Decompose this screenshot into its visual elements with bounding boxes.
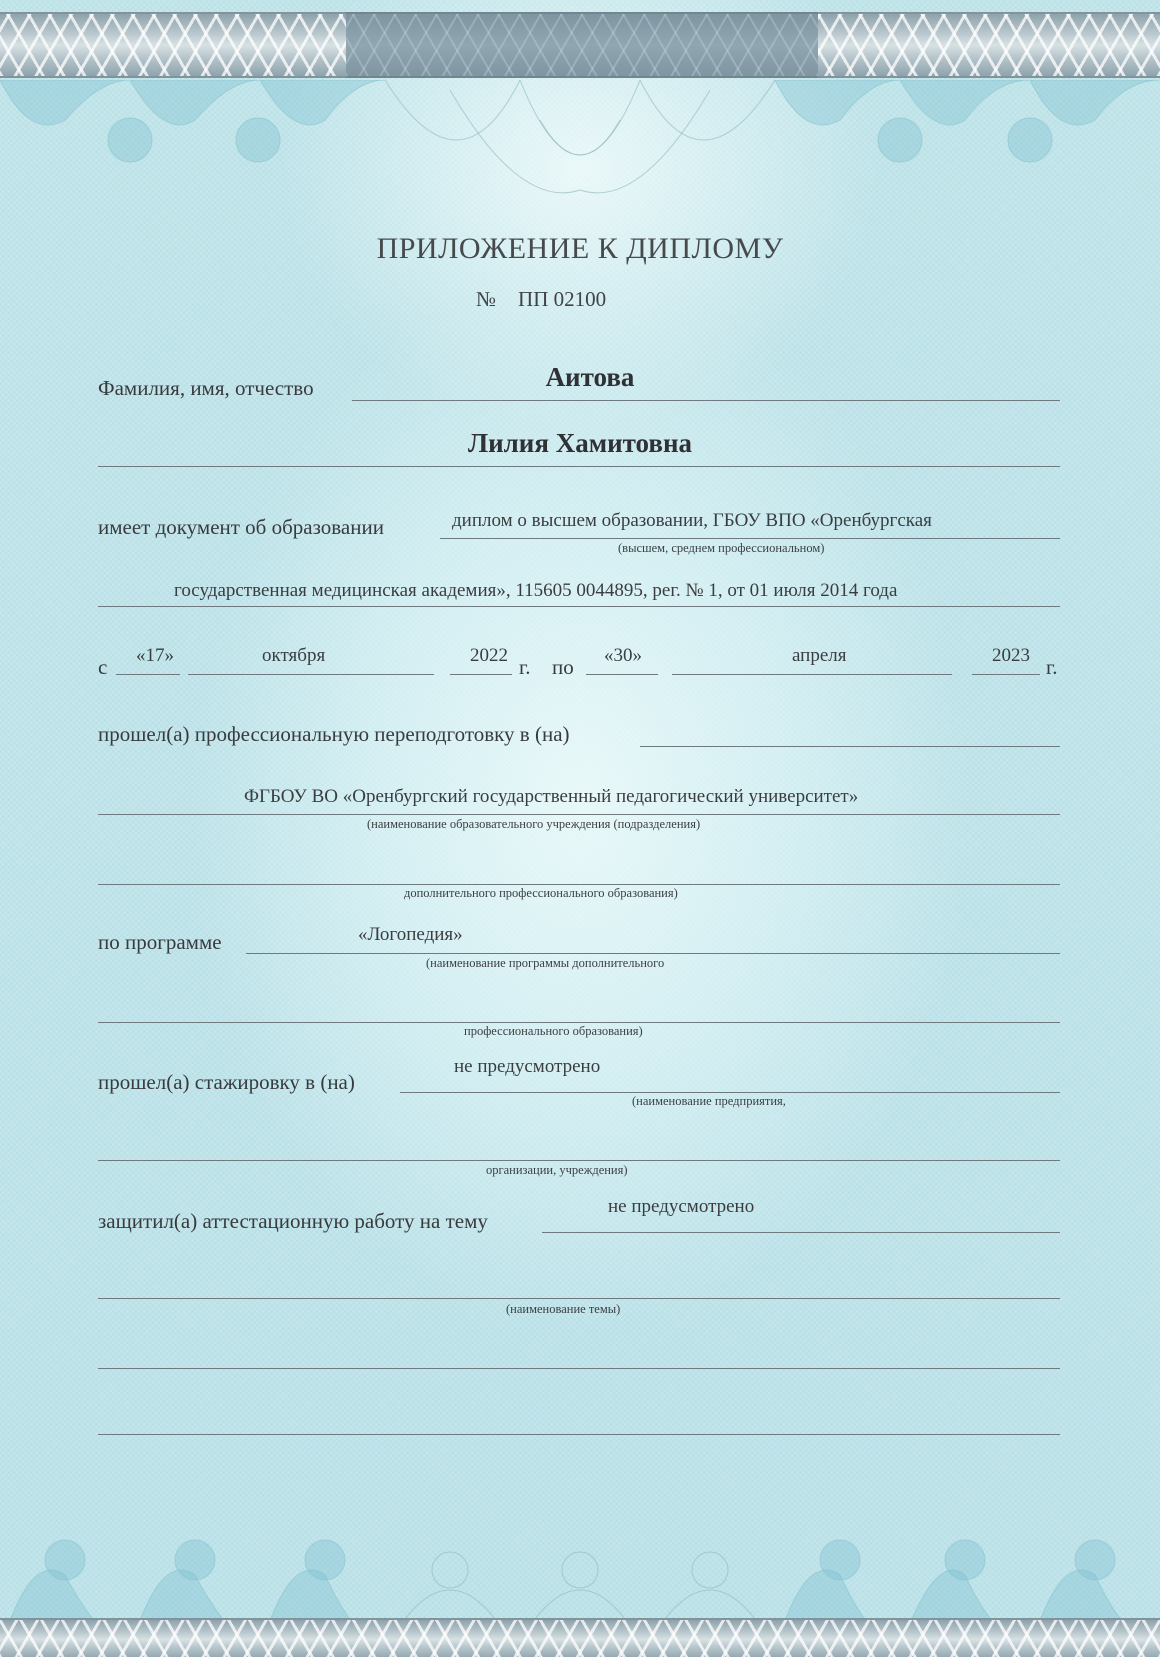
internship-underline1 <box>400 1092 1060 1093</box>
period-from-day-underline <box>116 674 180 675</box>
document-number: №ПП 02100 <box>476 287 606 312</box>
program-hint-line1: (наименование программы дополнительного <box>426 956 664 971</box>
thesis-underline3 <box>98 1368 1060 1369</box>
thesis-hint: (наименование темы) <box>506 1302 620 1317</box>
period-from-prefix: с <box>98 655 107 680</box>
internship-hint-line2: организации, учреждения) <box>486 1163 628 1178</box>
period-from-month-underline <box>188 674 434 675</box>
program-underline1 <box>246 953 1060 954</box>
thesis-value: не предусмотрено <box>608 1196 754 1218</box>
retraining-underline3 <box>98 884 1060 885</box>
period-from-year: 2022 <box>470 645 508 667</box>
retraining-institution: ФГБОУ ВО «Оренбургский государственный п… <box>244 786 858 808</box>
period-to-year: 2023 <box>992 645 1030 667</box>
thesis-underline2 <box>98 1298 1060 1299</box>
education-document-value-line2: государственная медицинская академия», 1… <box>174 580 897 602</box>
full-name-underline <box>352 400 1060 401</box>
education-document-underline2 <box>98 606 1060 607</box>
period-to-year-underline <box>972 674 1040 675</box>
internship-hint-line1: (наименование предприятия, <box>632 1094 786 1109</box>
education-document-label: имеет документ об образовании <box>98 515 384 540</box>
period-to-prefix: по <box>552 655 574 680</box>
period-to-year-suffix: г. <box>1046 655 1058 680</box>
period-to-day-underline <box>586 674 658 675</box>
top-arch-ornament <box>0 80 1160 200</box>
period-from-year-underline <box>450 674 512 675</box>
given-names-value: Лилия Хамитовна <box>0 428 1160 459</box>
thesis-label: защитил(а) аттестационную работу на тему <box>98 1209 488 1234</box>
program-hint-line2: профессионального образования) <box>464 1024 643 1039</box>
thesis-underline1 <box>542 1232 1060 1233</box>
program-label: по программе <box>98 930 222 955</box>
given-names-underline <box>98 466 1060 467</box>
bottom-ornamental-band <box>0 1618 1160 1657</box>
retraining-label: прошел(а) профессиональную переподготовк… <box>98 722 570 747</box>
program-underline2 <box>98 1022 1060 1023</box>
top-band-center-panel <box>346 12 818 78</box>
period-from-day: «17» <box>136 645 174 667</box>
period-to-day: «30» <box>604 645 642 667</box>
retraining-underline1 <box>640 746 1060 747</box>
thesis-underline4 <box>98 1434 1060 1435</box>
program-value: «Логопедия» <box>358 924 463 946</box>
period-from-year-suffix: г. <box>519 655 531 680</box>
internship-value: не предусмотрено <box>454 1056 600 1078</box>
document-title: ПРИЛОЖЕНИЕ К ДИПЛОМУ <box>0 232 1160 266</box>
period-to-month-underline <box>672 674 952 675</box>
internship-underline2 <box>98 1160 1060 1161</box>
education-document-value-line1: диплом о высшем образовании, ГБОУ ВПО «О… <box>452 510 932 532</box>
period-from-month: октября <box>262 645 325 667</box>
number-sign: № <box>476 287 496 311</box>
internship-label: прошел(а) стажировку в (на) <box>98 1070 355 1095</box>
retraining-hint-line1: (наименование образовательного учреждени… <box>367 817 700 832</box>
education-document-hint: (высшем, среднем профессиональном) <box>618 541 824 556</box>
retraining-hint-line2: дополнительного профессионального образо… <box>404 886 678 901</box>
document-number-value: ПП 02100 <box>518 287 606 311</box>
education-document-underline1 <box>440 538 1060 539</box>
surname-value: Аитова <box>0 362 1160 393</box>
period-to-month: апреля <box>792 645 847 667</box>
retraining-underline2 <box>98 814 1060 815</box>
